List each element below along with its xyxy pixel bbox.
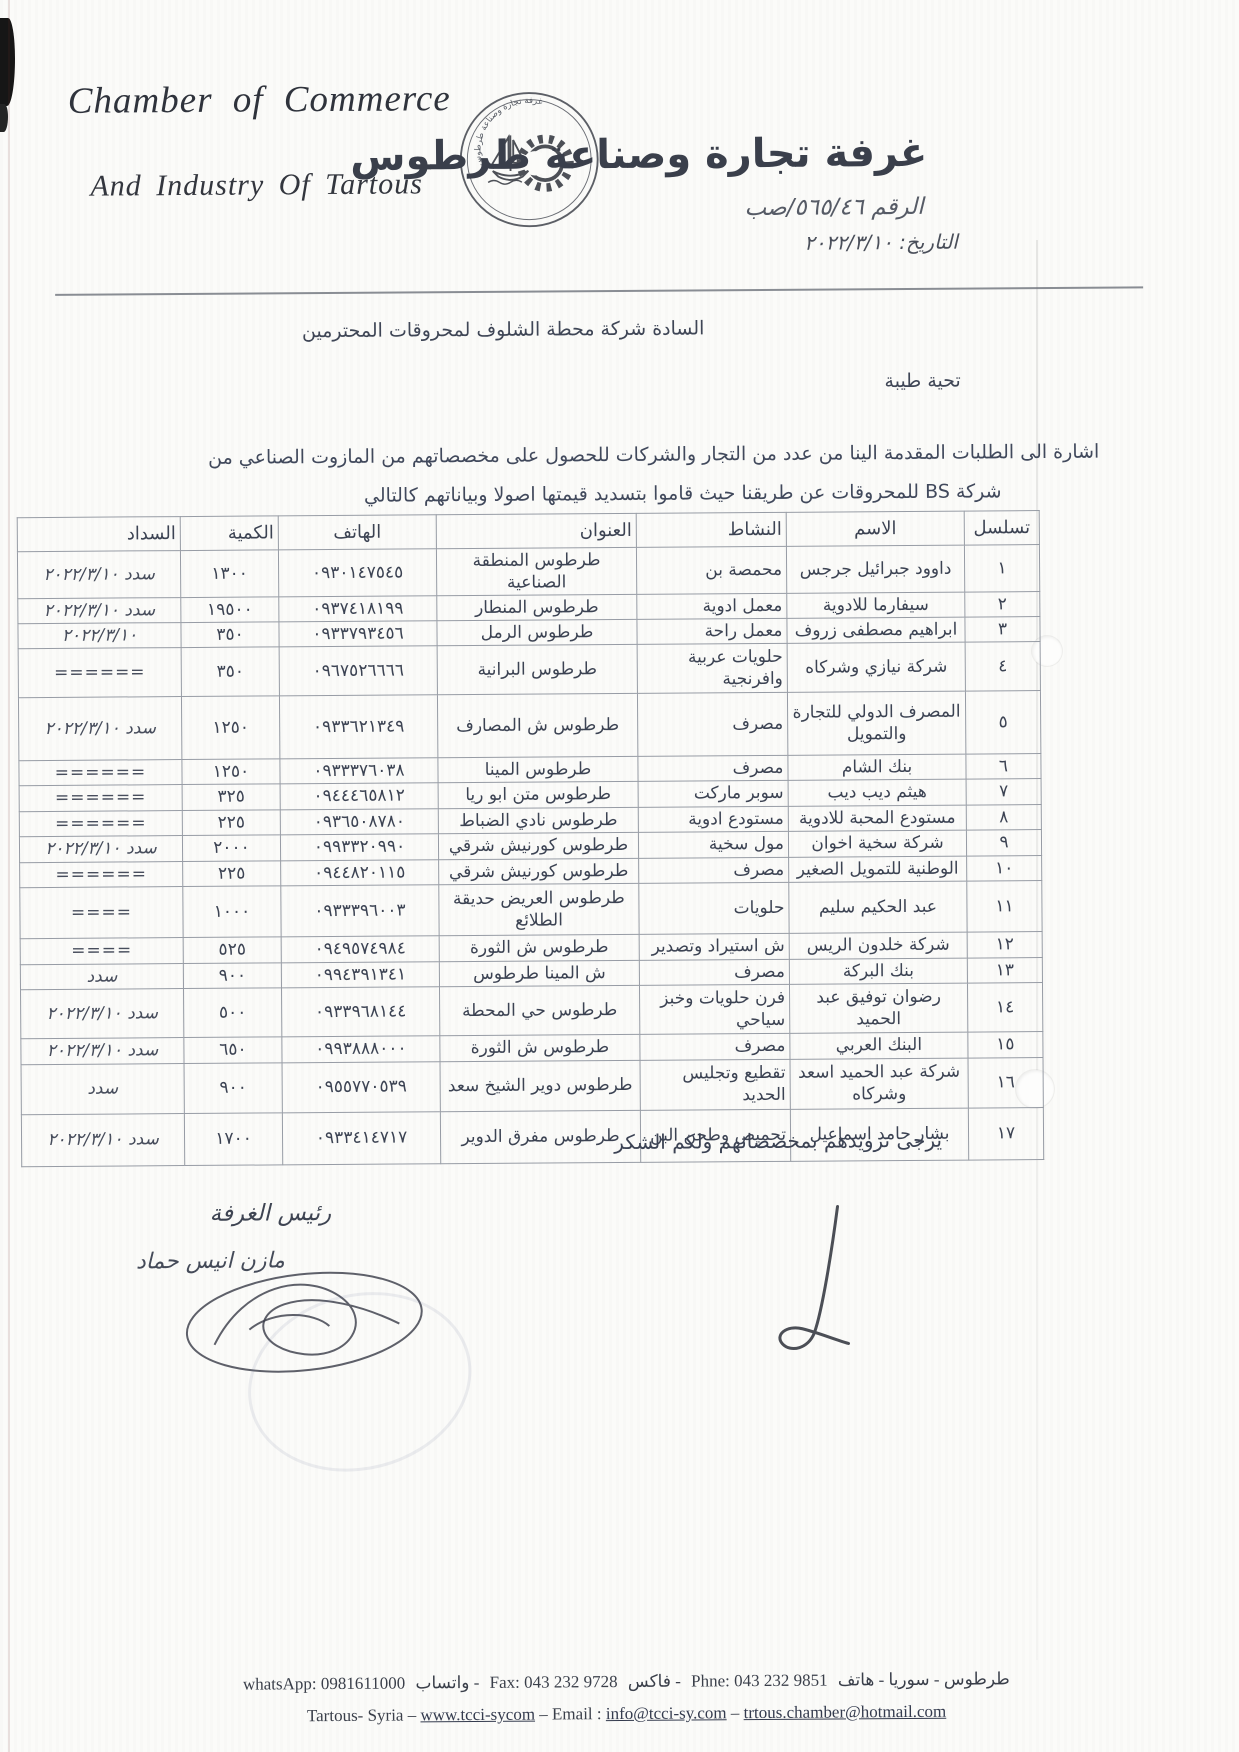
cell-address: طرطوس الرمل bbox=[437, 620, 637, 646]
cell-phone: ٠٩٣٠١٤٧٥٤٥ bbox=[278, 549, 436, 597]
beneficiaries-table: تسلسل الاسم النشاط العنوان الهاتف الكمية… bbox=[17, 510, 1045, 1167]
cell-address: طرطوس حي المحطة bbox=[439, 985, 639, 1035]
cell-activity: فرن حلويات وخبز سياحي bbox=[639, 984, 789, 1034]
footer-email-alt: trtous.chamber@hotmail.com bbox=[744, 1702, 947, 1722]
cell-qty: ٣٥٠ bbox=[181, 647, 279, 697]
cell-qty: ٩٠٠ bbox=[184, 1063, 282, 1114]
cell-address: طرطوس متن ابو ريا bbox=[438, 782, 638, 808]
footer-phone-number: Phne: 043 232 9851 bbox=[688, 1671, 831, 1691]
cell-name: عبد الحكيم سليم bbox=[789, 881, 967, 933]
signatory-title: رئيس الغرفة bbox=[209, 1200, 331, 1227]
cell-activity: مصرف bbox=[637, 693, 787, 757]
table-row: ٥المصرف الدولي للتجارة والتمويلمصرفطرطوس… bbox=[18, 691, 1040, 761]
cell-serial: ٥ bbox=[965, 691, 1040, 755]
header-divider bbox=[55, 286, 1143, 296]
cell-serial: ٩ bbox=[966, 829, 1041, 856]
cell-serial: ١٢ bbox=[967, 931, 1042, 958]
cell-activity: سوبر ماركت bbox=[638, 781, 788, 807]
cell-qty: ١٠٠٠ bbox=[183, 886, 281, 938]
body-text-line1: اشارة الى الطلبات المقدمة الينا من عدد م… bbox=[208, 441, 1099, 469]
cell-serial: ٦ bbox=[966, 754, 1041, 780]
cell-address: طرطوس المينا bbox=[438, 757, 638, 783]
column-header-name: الاسم bbox=[786, 511, 964, 546]
cell-serial: ٤ bbox=[965, 642, 1040, 692]
footer-fax-label: - فاكس bbox=[625, 1672, 684, 1691]
cell-qty: ٣٥٠ bbox=[181, 622, 279, 648]
cell-phone: ٠٩٣٣٣٧٦٠٣٨ bbox=[280, 758, 438, 784]
cell-name: مستودع المحبة للادوية bbox=[788, 805, 966, 831]
cell-address: طرطوس مفرق الدوير bbox=[440, 1110, 640, 1163]
cell-payment: ====== bbox=[20, 861, 183, 887]
footer-whatsapp-label: - واتساب bbox=[412, 1673, 482, 1692]
cell-phone: ٠٩٣٣٣٩٦٠٠٣ bbox=[281, 885, 439, 937]
cell-name: هيثم ديب ديب bbox=[788, 780, 966, 806]
cell-name: البنك العربي bbox=[790, 1032, 968, 1059]
cell-qty: ٢٢٥ bbox=[182, 809, 280, 835]
cell-name: شركة خلدون الريس bbox=[789, 932, 967, 959]
cell-phone: ٠٩٤٤٨٢٠١١٥ bbox=[281, 859, 439, 885]
cell-qty: ٩٠٠ bbox=[183, 963, 281, 989]
cell-serial: ١٠ bbox=[967, 855, 1042, 881]
footer-web-line: Tartous- Syria – www.tcci-sycom – Email … bbox=[7, 1700, 1239, 1729]
cell-phone: ٠٩٣٣٦٢١٣٤٩ bbox=[279, 695, 437, 759]
cell-serial: ٨ bbox=[966, 804, 1041, 830]
cell-serial: ١٦ bbox=[968, 1057, 1043, 1108]
column-header-payment: السداد bbox=[17, 517, 180, 552]
cell-address: طرطوس البرانية bbox=[437, 645, 637, 695]
table-row: ١داوود جبرائيل جرجسمحمصة بنطرطوس المنطقة… bbox=[17, 545, 1039, 599]
footer-country: Tartous- Syria – bbox=[307, 1705, 421, 1725]
cell-activity: معمل ادوية bbox=[637, 594, 787, 620]
cell-payment: سدد ٢٠٢٢/٣/١٠ bbox=[18, 598, 181, 624]
greeting-line: تحية طيبة bbox=[884, 370, 960, 393]
cell-activity: تقطيع وتجليس الحديد bbox=[640, 1059, 790, 1110]
cell-payment: ==== bbox=[20, 886, 183, 938]
cell-payment: سدد ٢٠٢٢/٣/١٠ bbox=[21, 1037, 184, 1064]
cell-qty: ٢٠٠٠ bbox=[182, 835, 280, 862]
cell-activity: محمصة بن bbox=[636, 546, 786, 594]
column-header-serial: تسلسل bbox=[964, 511, 1039, 546]
cell-serial: ١ bbox=[964, 545, 1039, 593]
cell-serial: ١٣ bbox=[967, 957, 1042, 983]
cell-phone: ٠٩٣٣٧٩٣٤٥٦ bbox=[279, 621, 437, 647]
cell-qty: ٦٥٠ bbox=[184, 1037, 282, 1064]
cell-payment: ====== bbox=[19, 785, 182, 811]
cell-address: طرطوس كورنيش شرقي bbox=[439, 858, 639, 884]
cell-phone: ٠٩٣٧٤١٨١٩٩ bbox=[279, 596, 437, 622]
cell-name: شركة نيازي وشركاه bbox=[787, 642, 965, 692]
cell-payment: سدد ٢٠٢٢/٣/١٠ bbox=[17, 551, 180, 599]
cell-payment: سدد ٢٠٢٢/٣/١٠ bbox=[19, 835, 182, 862]
cell-name: سيفارما للادوية bbox=[787, 592, 965, 618]
cell-qty: ٥٢٥ bbox=[183, 937, 281, 964]
cell-qty: ١٧٠٠ bbox=[184, 1113, 282, 1166]
table-row: ٤شركة نيازي وشركاهحلويات عربية وافرنجيةط… bbox=[18, 642, 1040, 698]
cell-serial: ١٤ bbox=[967, 982, 1042, 1032]
handwritten-check-mark bbox=[755, 1200, 866, 1376]
cell-address: طرطوس العريض حديقة الطلائع bbox=[439, 883, 639, 935]
footer-separator: – bbox=[727, 1703, 744, 1722]
cell-qty: ١٩٥٠٠ bbox=[181, 597, 279, 623]
cell-activity: حلويات bbox=[639, 882, 789, 934]
cell-phone: ٠٩٦٧٥٢٦٦٦٦ bbox=[279, 646, 437, 696]
column-header-address: العنوان bbox=[436, 513, 636, 548]
closing-line: يرجى تزويدهم بمخصصاتهم ولكم الشكر bbox=[614, 1128, 942, 1154]
cell-activity: مصرف bbox=[638, 756, 788, 782]
reference-number: الرقم ٥٦٥/٤٦/صب bbox=[744, 194, 923, 221]
cell-qty: ٥٠٠ bbox=[183, 988, 281, 1038]
cell-activity: حلويات عربية وافرنجية bbox=[637, 644, 787, 694]
footer-contact-line: طرطوس - سوريا - هاتف Phne: 043 232 9851 … bbox=[7, 1668, 1239, 1697]
cell-name: بنك البركة bbox=[789, 958, 967, 984]
column-header-qty: الكمية bbox=[180, 516, 278, 551]
cell-payment: ٢٠٢٢/٣/١٠ bbox=[18, 623, 181, 649]
cell-qty: ١٢٥٠ bbox=[182, 759, 280, 785]
column-header-activity: النشاط bbox=[636, 512, 786, 547]
cell-address: طرطوس المنطقة الصناعية bbox=[436, 547, 636, 596]
cell-address: ش المينا طرطوس bbox=[439, 960, 639, 986]
cell-name: داوود جبرائيل جرجس bbox=[786, 545, 964, 593]
cell-payment: سدد ٢٠٢٢/٣/١٠ bbox=[18, 697, 181, 761]
cell-payment: ====== bbox=[18, 648, 181, 698]
cell-address: طرطوس ش الثورة bbox=[439, 934, 639, 961]
cell-serial: ٢ bbox=[965, 592, 1040, 618]
cell-serial: ٣ bbox=[965, 617, 1040, 643]
cell-address: طرطوس ش المصارف bbox=[437, 694, 637, 758]
cell-payment: ====== bbox=[19, 810, 182, 836]
cell-name: شركة سخية اخوان bbox=[788, 830, 966, 857]
cell-serial: ١٥ bbox=[968, 1031, 1043, 1058]
org-title-english-line1: Chamber of Commerce bbox=[68, 77, 451, 123]
cell-phone: ٠٩٩٣٣٢٠٩٩٠ bbox=[280, 833, 438, 860]
cell-payment: سدد ٢٠٢٢/٣/١٠ bbox=[21, 988, 184, 1038]
cell-qty: ١٢٥٠ bbox=[181, 696, 279, 760]
scanned-letter-page: Chamber of Commerce And Industry Of Tart… bbox=[0, 0, 1239, 1752]
cell-qty: ١٣٠٠ bbox=[180, 550, 278, 598]
cell-phone: ٠٩٤٩٥٧٤٩٨٤ bbox=[281, 936, 439, 963]
cell-activity: ش استيراد وتصدير bbox=[639, 933, 789, 960]
cell-name: بنك الشام bbox=[788, 754, 966, 780]
cell-phone: ٠٩٥٥٧٧٠٥٣٩ bbox=[282, 1062, 440, 1113]
cell-payment: سدد bbox=[20, 963, 183, 989]
cell-activity: مستودع ادوية bbox=[638, 806, 788, 832]
cell-phone: ٠٩٣٣٩٦٨١٤٤ bbox=[281, 987, 439, 1037]
table-row: ١١عبد الحكيم سليمحلوياتطرطوس العريض حديق… bbox=[20, 880, 1042, 938]
cell-activity: مصرف bbox=[639, 857, 789, 883]
cell-qty: ٣٢٥ bbox=[182, 784, 280, 810]
cell-phone: ٠٩٣٣٤١٤٧١٧ bbox=[282, 1112, 440, 1165]
cell-address: طرطوس كورنيش شرقي bbox=[438, 832, 638, 859]
footer-whatsapp-number: whatsApp: 0981611000 bbox=[240, 1673, 408, 1693]
cell-serial: ٧ bbox=[966, 779, 1041, 805]
footer-fax-number: Fax: 043 232 9728 bbox=[487, 1672, 621, 1692]
cell-address: طرطوس دوير الشيخ سعد bbox=[440, 1060, 640, 1111]
cell-activity: مصرف bbox=[639, 959, 789, 985]
cell-activity: مول سخية bbox=[638, 831, 788, 858]
footer-email: info@tcci-sy.com bbox=[606, 1703, 727, 1723]
cell-phone: ٠٩٣٦٥٠٨٧٨٠ bbox=[280, 808, 438, 834]
body-text-line2: شركة BS للمحروقات عن طريقنا حيث قاموا بت… bbox=[364, 480, 1002, 506]
table-row: ١٤رضوان توفيق عبد الحميدفرن حلويات وخبز … bbox=[21, 982, 1043, 1038]
cell-serial: ١٧ bbox=[968, 1107, 1043, 1160]
cell-phone: ٠٩٩٤٣٩١٣٤١ bbox=[281, 962, 439, 988]
letter-date: التاريخ: ٢٠٢٢/٣/١٠ bbox=[804, 230, 958, 255]
cell-payment: ==== bbox=[20, 937, 183, 964]
footer-email-label: – Email : bbox=[535, 1704, 606, 1723]
cell-qty: ٢٢٥ bbox=[183, 861, 281, 887]
cell-phone: ٠٩٤٤٤٦٥٨١٢ bbox=[280, 783, 438, 809]
cell-payment: سدد ٢٠٢٢/٣/١٠ bbox=[21, 1113, 184, 1166]
footer-website: www.tcci-sycom bbox=[420, 1705, 535, 1725]
cell-phone: ٠٩٩٣٨٨٨٠٠٠ bbox=[282, 1036, 440, 1063]
cell-activity: معمل راحة bbox=[637, 619, 787, 645]
footer-city-phone-label: طرطوس - سوريا - هاتف bbox=[835, 1669, 1013, 1689]
cell-activity: مصرف bbox=[640, 1033, 790, 1060]
cell-payment: سدد bbox=[21, 1063, 184, 1114]
cell-address: طرطوس المنطار bbox=[437, 595, 637, 621]
cell-address: طرطوس نادي الضباط bbox=[438, 807, 638, 833]
table-row: ١٦شركة عبد الحميد اسعد وشركاهتقطيع وتجلي… bbox=[21, 1057, 1043, 1114]
cell-serial: ١١ bbox=[967, 880, 1042, 932]
cell-name: الوطنية للتمويل الصغير bbox=[789, 856, 967, 882]
recipient-line: السادة شركة محطة الشلوف لمحروقات المحترم… bbox=[302, 317, 705, 342]
cell-name: شركة عبد الحميد اسعد وشركاه bbox=[790, 1058, 968, 1109]
org-title-arabic: غرفة تجارة وصناعة طرطوس bbox=[350, 130, 927, 180]
cell-payment: ====== bbox=[19, 760, 182, 786]
cell-address: طرطوس ش الثورة bbox=[440, 1034, 640, 1061]
cell-name: ابراهيم مصطفى زروف bbox=[787, 617, 965, 643]
cell-name: رضوان توفيق عبد الحميد bbox=[789, 983, 967, 1033]
cell-name: المصرف الدولي للتجارة والتمويل bbox=[787, 691, 965, 755]
column-header-phone: الهاتف bbox=[278, 515, 436, 550]
